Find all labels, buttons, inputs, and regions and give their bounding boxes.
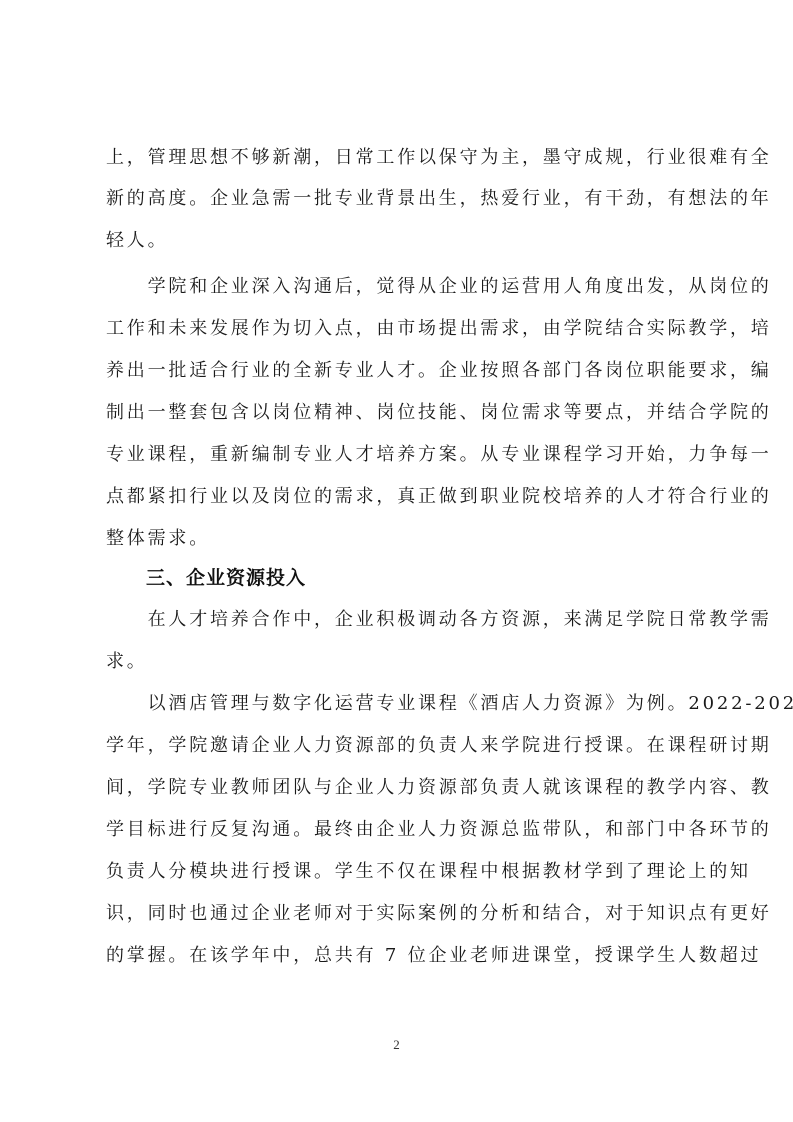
paragraph-line: 负责人分模块进行授课。学生不仅在课程中根据教材学到了理论上的知 xyxy=(106,860,696,884)
paragraph-line: 制出一整套包含以岗位精神、岗位技能、岗位需求等要点，并结合学院的 xyxy=(106,401,696,425)
document-page: 上，管理思想不够新潮，日常工作以保守为主，墨守成规，行业很难有全 新的高度。企业… xyxy=(0,0,793,1122)
paragraph-line: 识，同时也通过企业老师对于实际案例的分析和结合，对于知识点有更好 xyxy=(106,902,696,926)
paragraph-line: 学年，学院邀请企业人力资源部的负责人来学院进行授课。在课程研讨期 xyxy=(106,734,696,758)
paragraph-line: 以酒店管理与数字化运营专业课程《酒店人力资源》为例。2022-2023 xyxy=(106,692,696,716)
paragraph-line: 轻人。 xyxy=(106,229,696,253)
paragraph-line: 上，管理思想不够新潮，日常工作以保守为主，墨守成规，行业很难有全 xyxy=(106,146,696,170)
page-number: 2 xyxy=(0,1037,793,1053)
paragraph-line: 点都紧扣行业以及岗位的需求，真正做到职业院校培养的人才符合行业的 xyxy=(106,485,696,509)
paragraph-line: 学院和企业深入沟通后，觉得从企业的运营用人角度出发，从岗位的 xyxy=(106,275,696,299)
paragraph-line: 学目标进行反复沟通。最终由企业人力资源总监带队，和部门中各环节的 xyxy=(106,818,696,842)
paragraph-line: 养出一批适合行业的全新专业人才。企业按照各部门各岗位职能要求，编 xyxy=(106,359,696,383)
paragraph-line: 间，学院专业教师团队与企业人力资源部负责人就该课程的教学内容、教 xyxy=(106,776,696,800)
paragraph-line: 专业课程，重新编制专业人才培养方案。从专业课程学习开始，力争每一 xyxy=(106,443,696,467)
paragraph-line: 整体需求。 xyxy=(106,527,696,551)
paragraph-line: 工作和未来发展作为切入点，由市场提出需求，由学院结合实际教学，培 xyxy=(106,317,696,341)
paragraph-line: 求。 xyxy=(106,650,696,674)
paragraph-line: 新的高度。企业急需一批专业背景出生，热爱行业，有干劲，有想法的年 xyxy=(106,187,696,211)
paragraph-line: 在人才培养合作中，企业积极调动各方资源，来满足学院日常教学需 xyxy=(106,608,696,632)
paragraph-line: 的掌握。在该学年中，总共有 7 位企业老师进课堂，授课学生人数超过 xyxy=(106,944,696,968)
section-heading: 三、企业资源投入 xyxy=(146,566,306,590)
